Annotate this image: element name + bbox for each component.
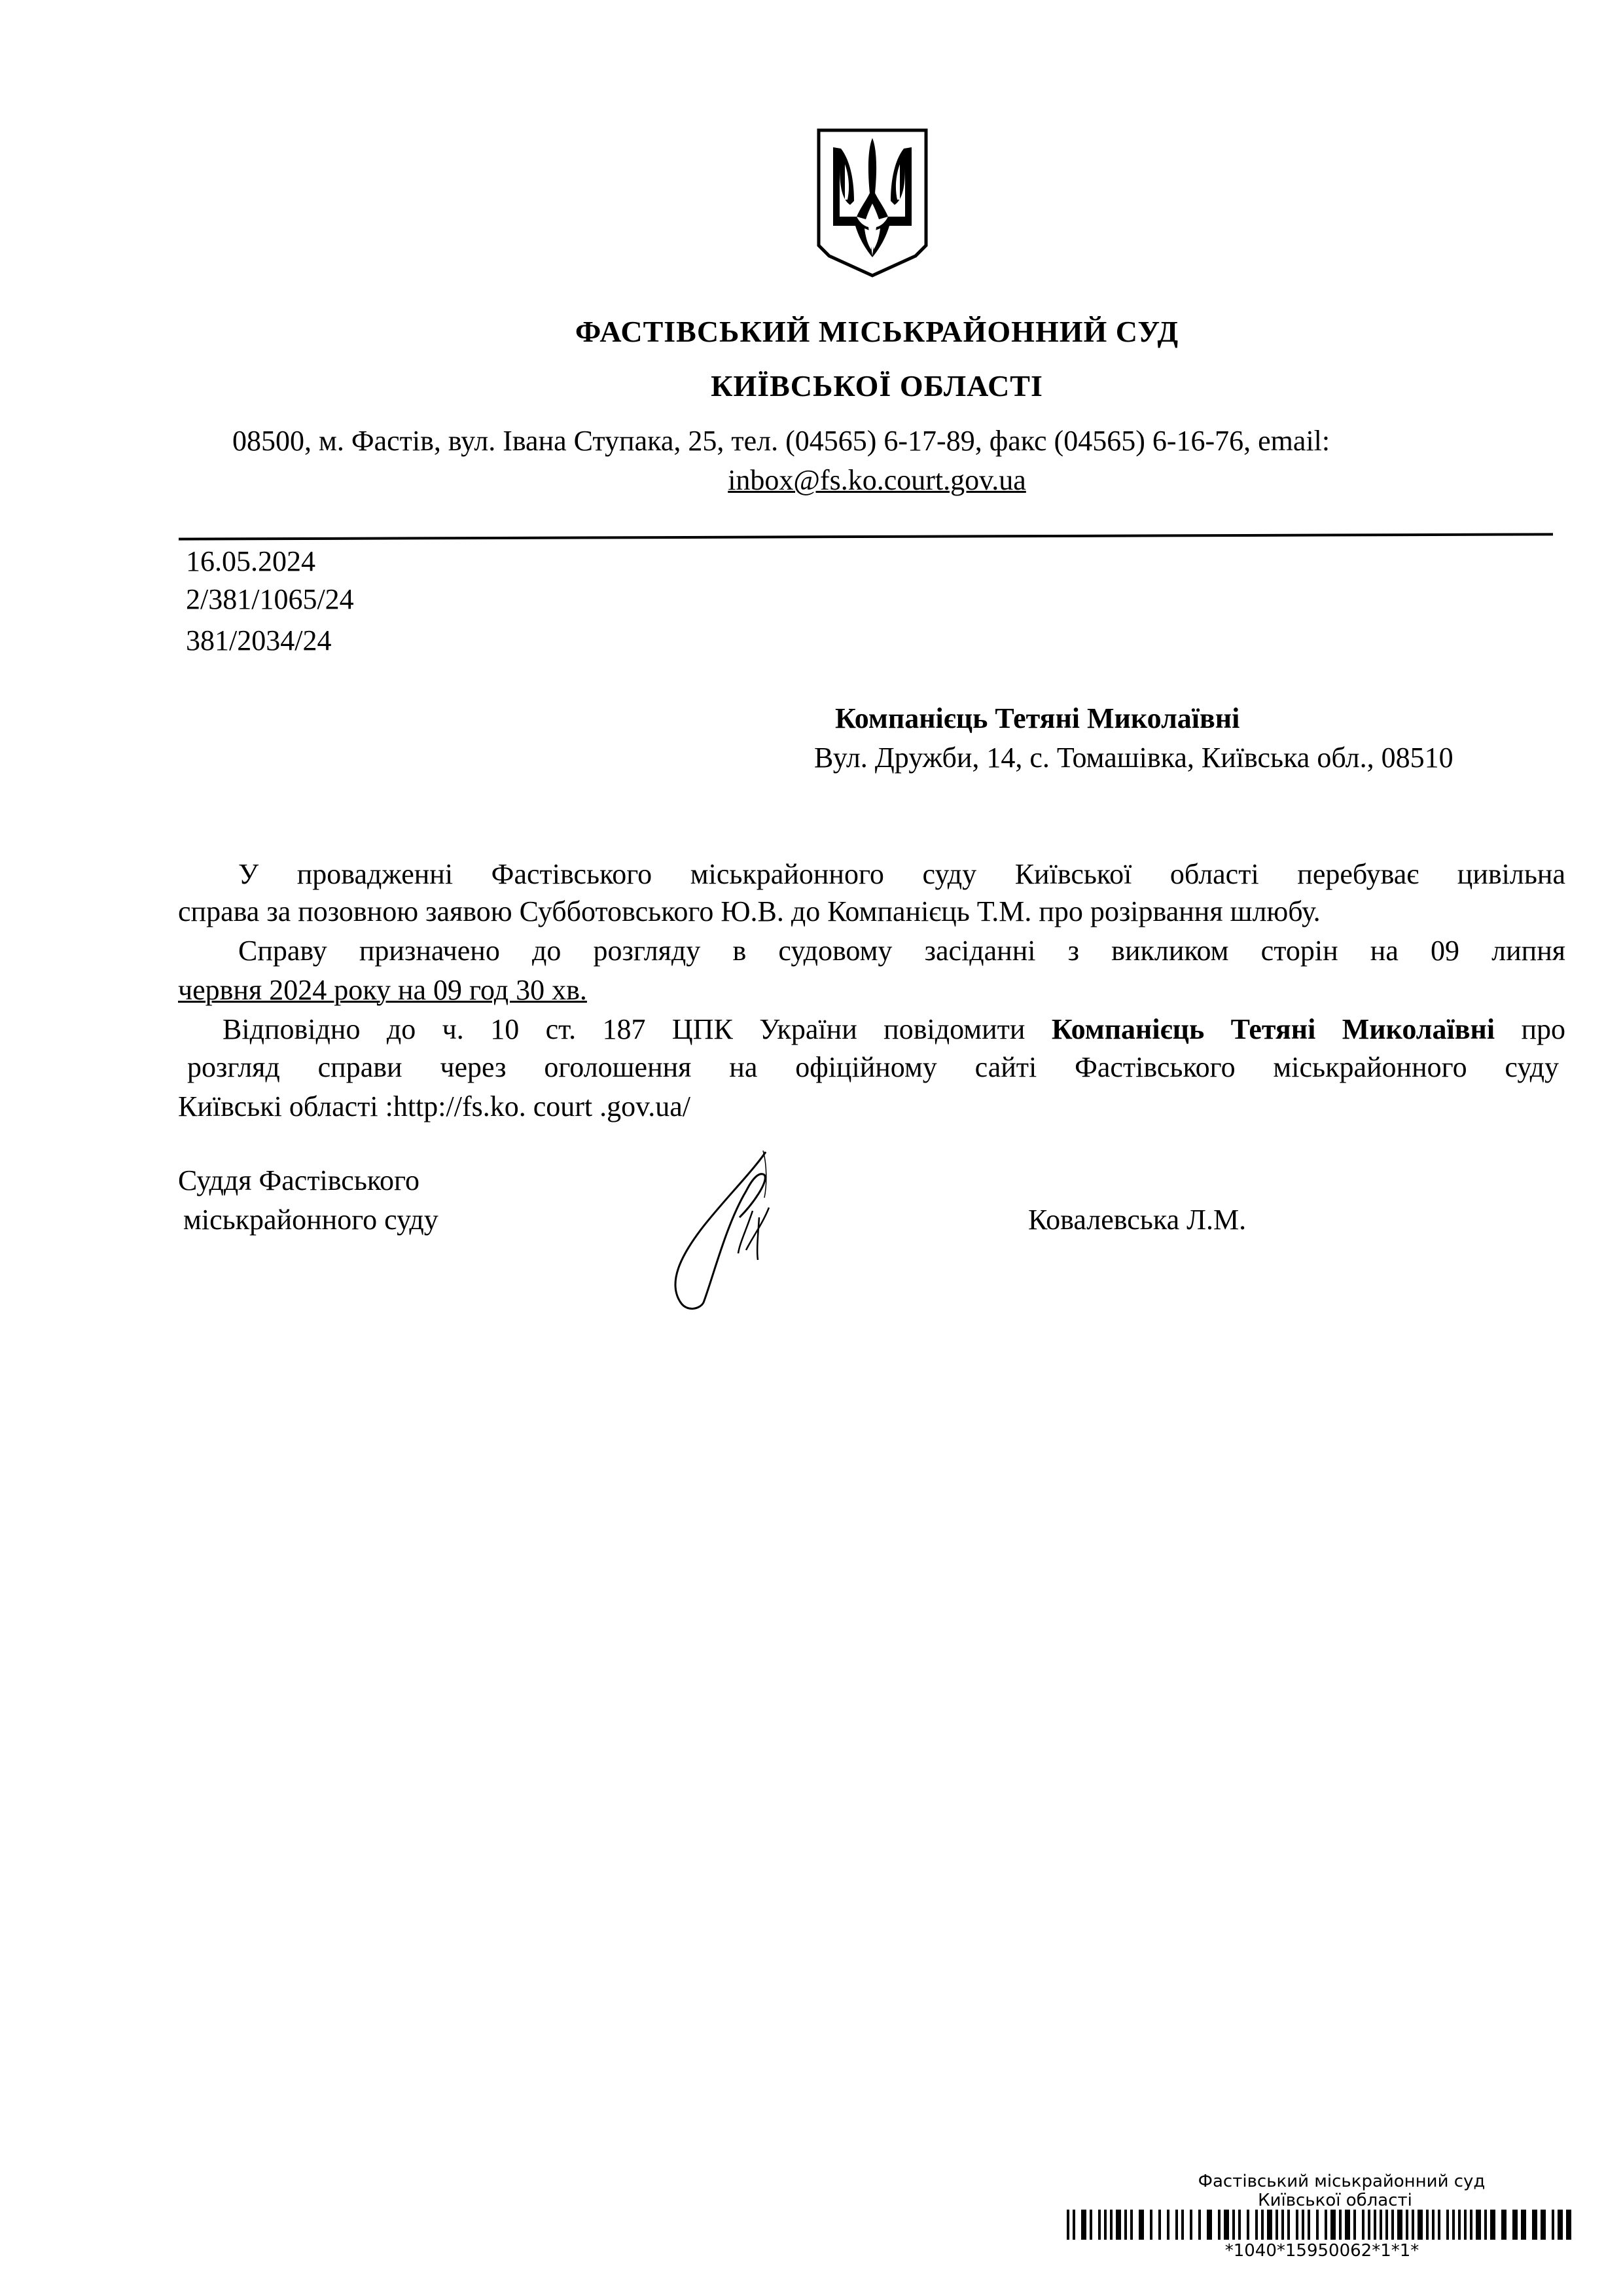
outgoing-number: 2/381/1065/24 (186, 583, 354, 616)
court-email-link[interactable]: inbox@fs.ko.court.gov.ua (728, 464, 1026, 496)
body-p3-text-after: про (1495, 1013, 1565, 1045)
body-p3-line1: Відповідно до ч. 10 ст. 187 ЦПК України … (178, 1013, 1565, 1046)
recipient-name: Компанієць Тетяні Миколаївні (835, 702, 1240, 735)
header-divider (179, 533, 1553, 540)
ukraine-coat-of-arms-icon (816, 128, 929, 279)
body-p2-line1: Справу призначено до розгляду в судовому… (178, 934, 1565, 967)
body-p1-line2: справа за позовною заявою Субботовського… (178, 895, 1565, 928)
judge-title-line1: Суддя Фастівського (178, 1164, 419, 1197)
body-p3-recipient-bold: Компанієць Тетяні Миколаївні (1052, 1013, 1495, 1045)
court-name-line2: КИЇВСЬКОЇ ОБЛАСТІ (0, 368, 1623, 403)
body-p3-line2: розгляд справи через оголошення на офіці… (178, 1050, 1559, 1084)
handwritten-signature-icon (654, 1145, 785, 1316)
judge-name: Ковалевська Л.М. (1028, 1203, 1246, 1236)
court-address: 08500, м. Фастів, вул. Івана Ступака, 25… (232, 424, 1330, 457)
hearing-datetime: червня 2024 року на 09 год 30 хв. (178, 974, 587, 1006)
body-p1-line1: У провадженні Фастівського міськрайонног… (178, 857, 1565, 891)
barcode-stamp: Фастівський міськрайонний суд Київської … (1067, 2172, 1577, 2259)
body-p2-line2: червня 2024 року на 09 год 30 хв. (178, 973, 1565, 1007)
stamp-court-name: Фастівський міськрайонний суд (1067, 2172, 1577, 2191)
court-name-line1: ФАСТІВСЬКИЙ МІСЬКРАЙОННИЙ СУД (0, 314, 1623, 349)
body-p3-text-before: Відповідно до ч. 10 ст. 187 ЦПК України … (223, 1013, 1052, 1045)
court-email-line: inbox@fs.ko.court.gov.ua (0, 463, 1623, 497)
recipient-address: Вул. Дружби, 14, с. Томашівка, Київська … (814, 741, 1454, 774)
barcode-number: *1040*15950062*1*1* (1067, 2242, 1577, 2259)
stamp-region: Київської області (1067, 2191, 1577, 2210)
case-number: 381/2034/24 (186, 624, 331, 657)
body-p3-line3: Київські області :http://fs.ko. court .g… (178, 1090, 1565, 1123)
barcode-icon (1067, 2210, 1577, 2240)
judge-title-line2: міськрайонного суду (183, 1203, 438, 1236)
document-date: 16.05.2024 (186, 545, 315, 578)
